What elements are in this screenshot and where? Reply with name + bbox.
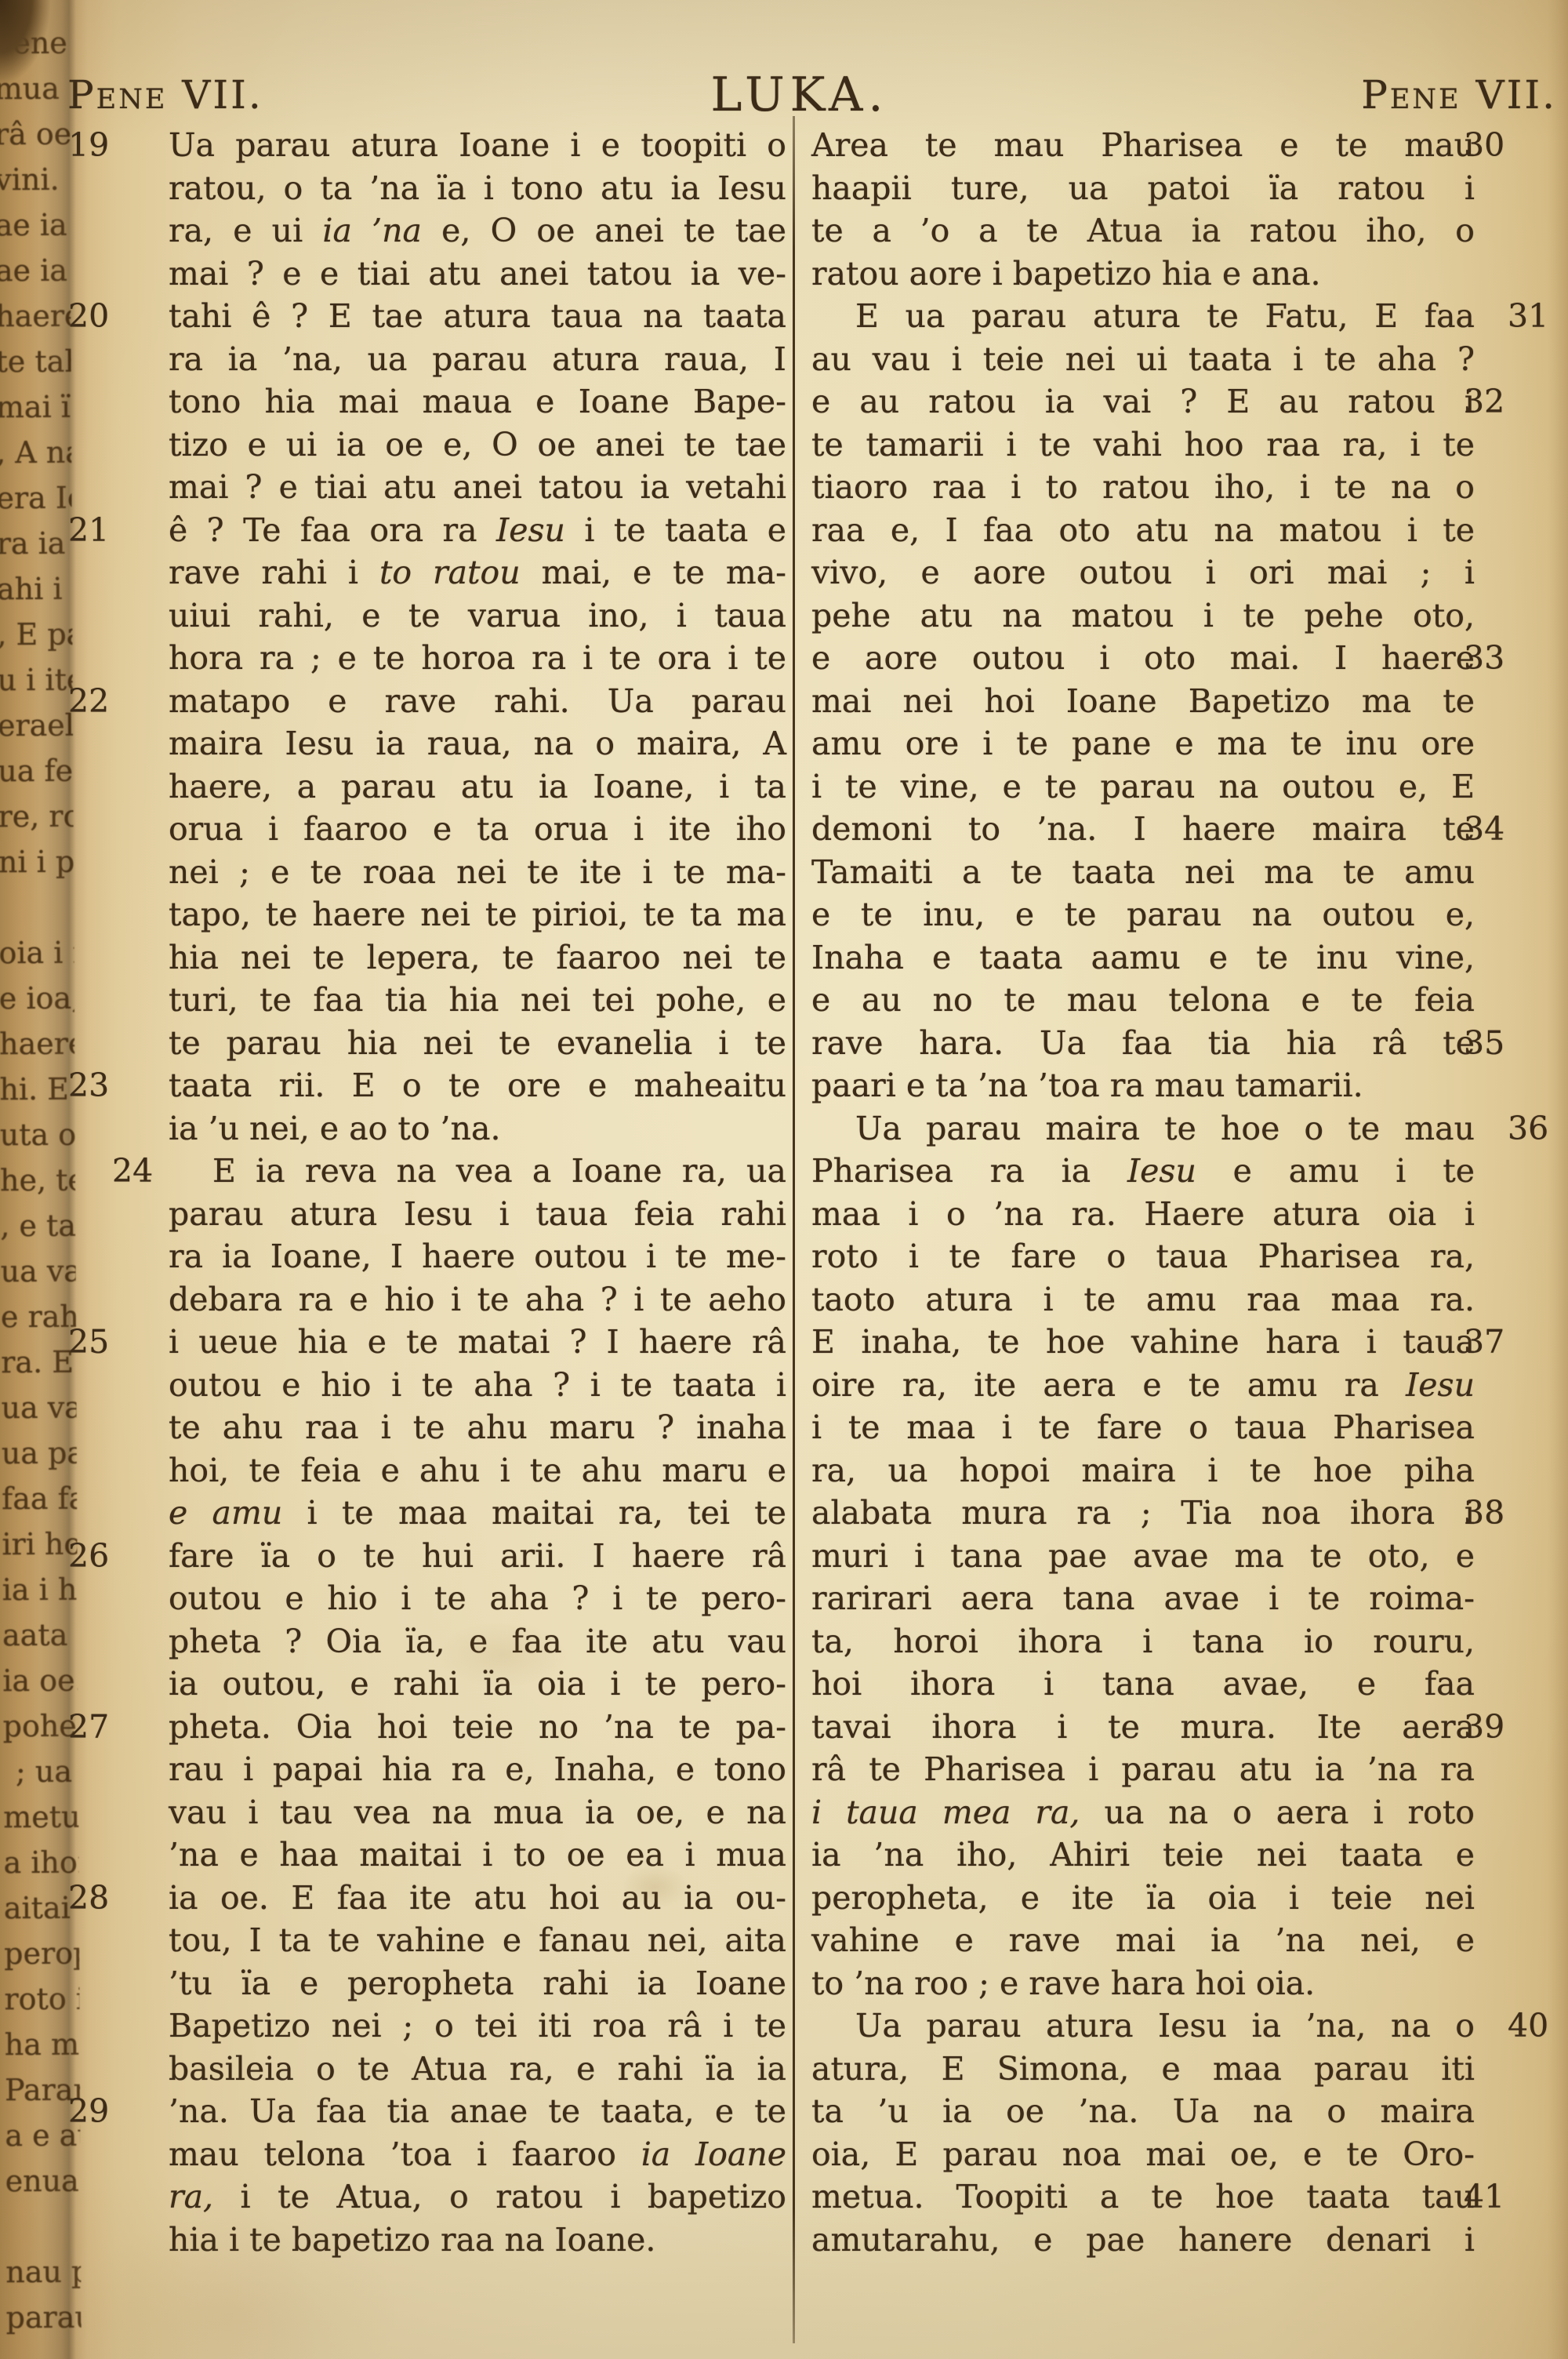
gutter-fragment: mai ïa ; [0,384,71,431]
text-run: rave hara. Ua faa tia hia râ te [811,1024,1475,1062]
text-run: parau atura Iesu i taua feia rahi [169,1195,786,1233]
verse-line: Area te mau Pharisea e te mau30 [811,124,1475,167]
verse-line: E ia reva na vea a Ioane ra, ua24 [169,1150,786,1193]
verse-line: e amu i te maa maitai ra, tei te [169,1492,786,1535]
verse-line: tizo e ui ia oe e, O oe anei te tae [169,423,786,467]
text-run: paari e ta ’na ’toa ra mau tamarii. [811,1067,1363,1104]
text-run: oia, E parau noa mai oe, e te Oro- [811,2135,1475,2173]
text-run: peropheta, e ite ïa oia i teie nei [811,1879,1475,1917]
text-run: Pharisea ra ia [811,1152,1127,1190]
text-run: rau i papai hia ra e, Inaha, e tono [169,1750,786,1788]
verse-line: turi, te faa tia hia nei tei pohe, e [169,979,786,1022]
verse-line: ’tu ïa e peropheta rahi ia Ioane [169,1962,786,2005]
text-run: ia ’u nei, e ao to ’na. [169,1110,500,1147]
verse-line: ê ? Te faa ora ra Iesu i te taata e21 [169,509,786,552]
verse-number: 29 [68,2090,154,2133]
text-run: e aore outou i oto mai. I haere [811,639,1475,677]
verse-line: E inaha, te hoe vahine hara i taua37 [811,1321,1475,1364]
text-run: to ’na roo ; e rave hara hoi oia. [811,1965,1315,2002]
text-run: ra, ua hopoi maira i te hoe piha [811,1452,1475,1489]
column-divider-rule [793,116,795,2343]
text-run: mai, e te ma- [521,554,786,591]
text-run: Ua parau atura Iesu ia ’na, na o [855,2007,1475,2045]
verse-number: 31 [1464,295,1550,338]
verse-line: i te vine, e te parau na outou e, E [811,765,1475,809]
verse-line: pehe atu na matou i te pehe oto, [811,594,1475,638]
verse-line: e te inu, e te parau na outou e, [811,893,1475,936]
verse-line: hoi ihora i tana avae, e faa [811,1663,1475,1706]
text-run: te parau hia nei te evanelia i te [169,1024,786,1062]
verse-line: vahine e rave mai ia ’na nei, e [811,1919,1475,1962]
verse-number: 19 [68,124,154,167]
verse-line: debara ra e hio i te aha ? i te aeho [169,1278,786,1321]
verse-line: peropheta, e ite ïa oia i teie nei [811,1877,1475,1920]
gutter-fragment: roto ia [4,1976,79,2023]
text-run: outou e hio i te aha ? i te pero- [169,1579,786,1617]
verse-line: Pharisea ra ia Iesu e amu i te [811,1150,1475,1193]
verse-number: 25 [68,1321,154,1364]
verse-line: ia outou, e rahi ïa oia i te pero- [169,1663,786,1706]
verse-number: 33 [1464,637,1550,680]
text-run: hia i te bapetizo raa na Ioane. [169,2221,655,2259]
verse-line: hoi, te feia e ahu i te ahu maru e [169,1449,786,1492]
text-run: e au no te mau telona e te feia [811,981,1475,1019]
text-run: E ua parau atura te Fatu, E faa [855,297,1475,335]
gutter-fragment: , E par [0,612,73,658]
verse-line: demoni to ’na. I haere maira te34 [811,808,1475,851]
text-run: Bapetizo nei ; o tei iti roa râ i te [169,2007,786,2045]
text-run: maa i o ’na ra. Haere atura oia i [811,1195,1475,1233]
italic-text-run: ia Ioane [641,2135,786,2173]
gutter-fragment: e ioa, e [0,976,74,1022]
verse-number: 32 [1464,380,1550,423]
gutter-fragment: eraela ’t [0,703,73,749]
verse-number: 20 [68,295,154,338]
text-run: alabata mura ra ; Tia noa ihora i [811,1494,1475,1532]
verse-line: haapii ture, ua patoi ïa ratou i [811,167,1475,210]
verse-line: vau i tau vea na mua ia oe, e na [169,1791,786,1834]
verse-number: 28 [68,1877,154,1920]
text-run: demoni to ’na. I haere maira te [811,810,1475,848]
verse-number: 22 [68,680,154,723]
verse-line: ta, horoi ihora i tana io rouru, [811,1620,1475,1663]
text-run: E ia reva na vea a Ioane ra, ua [212,1152,786,1190]
gutter-fragment: ua feia [0,748,73,794]
text-run: amutarahu, e pae hanere denari i [811,2221,1475,2259]
verse-line: ra, e ui ia ’na e, O oe anei te tae [169,209,786,253]
verse-line: Ua parau maira te hoe o te mau36 [811,1107,1475,1150]
text-run: pheta ? Oia ïa, e faa ite atu vau [169,1623,786,1660]
text-run: e amu i te [1196,1152,1475,1190]
verse-line: taata rii. E o te ore e maheaitu23 [169,1064,786,1107]
gutter-fragment: ae ia ve [0,202,71,249]
verse-number: 24 [68,1150,154,1193]
text-run: mai nei hoi Ioane Bapetizo ma te [811,682,1475,720]
gutter-fragment: ni i poh [0,839,74,885]
verse-line: e au ratou ia vai ? E au ratou i32 [811,380,1475,423]
verse-line: nei ; e te roaa nei te ite i te ma- [169,851,786,894]
gutter-fragment: ua vahi [1,1385,76,1431]
text-run: taata rii. E o te ore e maheaitu [169,1067,786,1104]
text-run: debara ra e hio i te aha ? i te aeho [169,1281,786,1318]
text-run: au vau i teie nei ui taata i te aha ? [811,340,1475,378]
verse-number: 39 [1464,1706,1550,1749]
page-right-edge-shade [1548,0,1568,2359]
verse-number: 37 [1464,1321,1550,1364]
gutter-fragment: hi. E [0,1067,75,1113]
gutter-fragment: parau [5,2295,81,2341]
verse-line: E ua parau atura te Fatu, E faa31 [811,295,1475,338]
text-run: taoto atura i te amu raa maa ra. [811,1281,1475,1318]
gutter-fragment: haere r [0,1021,74,1067]
verse-number: 35 [1464,1022,1550,1065]
text-run: vivo, e aore outou i ori mai ; i [811,554,1475,591]
verse-line: pheta. Oia hoi teie no ’na te pa-27 [169,1706,786,1749]
verse-number: 40 [1464,2005,1550,2048]
verse-line: mai ? e tiai atu anei tatou ia vetahi [169,466,786,509]
gutter-fragment: ae ia ’u [0,248,71,294]
verse-line: amutarahu, e pae hanere denari i [811,2219,1475,2262]
text-run: râ te Pharisea i parau atu ia ’na ra [811,1750,1475,1788]
text-run: uiui rahi, e te varua ino, i taua [169,597,786,634]
verse-line: Tamaiti a te taata nei ma te amu [811,851,1475,894]
verse-line: roto i te fare o taua Pharisea ra, [811,1235,1475,1278]
text-run: ua na o aera i roto [1080,1794,1475,1831]
verse-line: Ua parau atura Iesu ia ’na, na o40 [811,2005,1475,2048]
text-run: te ahu raa i te ahu maru ? inaha [169,1408,786,1446]
text-run: oire ra, ite aera e te amu ra [811,1366,1406,1404]
text-run: amu ore i te pane e ma te inu ore [811,725,1475,762]
text-run: pehe atu na matou i te pehe oto, [811,597,1475,634]
verse-line: au vau i teie nei ui taata i te aha ? [811,338,1475,381]
gutter-fragment: e rahi a [1,1294,76,1340]
text-run: raa e, I faa oto atu na matou i te [811,511,1475,549]
verse-line: ia oe. E faa ite atu hoi au ia ou-28 [169,1877,786,1920]
gutter-fragment: oia i n [0,930,74,976]
text-run: fare ïa o te hui arii. I haere râ [169,1537,786,1575]
text-run: tou, I ta te vahine e fanau nei, aita [169,1921,786,1959]
verse-line: metua. Toopiti a te hoe taata tau41 [811,2175,1475,2219]
verse-number: 41 [1464,2175,1550,2219]
verse-line: tiaoro raa i to ratou iho, i te na o [811,466,1475,509]
verse-line: ratou aore i bapetizo hia e ana. [811,253,1475,296]
text-run: muri i tana pae avae ma te oto, e [811,1537,1475,1575]
gutter-fragment: u i ite [0,657,73,703]
italic-text-run: e amu [169,1494,282,1532]
verse-line: e au no te mau telona e te feia [811,979,1475,1022]
verse-line: uiui rahi, e te varua ino, i taua [169,594,786,638]
text-run: i te Atua, o ratou i bapetizo [213,2178,786,2215]
verse-line: ra, ua hopoi maira i te hoe piha [811,1449,1475,1492]
verse-line: pheta ? Oia ïa, e faa ite atu vau [169,1620,786,1663]
text-run: i te vine, e te parau na outou e, E [811,768,1475,805]
verse-line: ia ’na iho, Ahiri teie nei taata e [811,1834,1475,1877]
right-text-column: Area te mau Pharisea e te mau30haapii tu… [811,124,1475,2261]
text-run: ’na e haa maitai i to oe ea i mua [169,1836,786,1874]
text-run: vahine e rave mai ia ’na nei, e [811,1921,1475,1959]
text-run: rarirari aera tana avae i te roima- [811,1579,1475,1617]
text-run: ’tu ïa e peropheta rahi ia Ioane [169,1965,786,2002]
page-header: Pene VII. LUKA. Pene VII. [0,0,1568,118]
gutter-fragment: era Iesu [0,475,72,522]
text-run: matapo e rave rahi. Ua parau [169,682,786,720]
text-run: roto i te fare o taua Pharisea ra, [811,1238,1475,1275]
verse-line: te parau hia nei te evanelia i te [169,1022,786,1065]
gutter-fragment: ua pa [2,1430,77,1477]
verse-line: muri i tana pae avae ma te oto, e [811,1535,1475,1578]
text-run: mai ? e e tiai atu anei tatou ia ve- [169,255,786,293]
verse-line: i te maa i te fare o taua Pharisea [811,1406,1475,1449]
left-text-column: Ua parau atura Ioane i e toopiti o19rato… [169,124,786,2261]
gutter-fragment: râ oe [0,111,70,158]
text-run: ia oe. E faa ite atu hoi au ia ou- [169,1879,786,1917]
verse-line: maira Iesu ia raua, na o maira, A [169,722,786,765]
italic-text-run: Iesu [1406,1366,1475,1404]
verse-line: maa i o ’na ra. Haere atura oia i [811,1193,1475,1236]
verse-line: te ahu raa i te ahu maru ? inaha [169,1406,786,1449]
verse-line: rave hara. Ua faa tia hia râ te35 [811,1022,1475,1065]
verse-line: atura, E Simona, e maa parau iti [811,2048,1475,2091]
book-page-scan: Penemua irâ oevini. (ae ia veae ia ’uhae… [0,0,1568,2359]
verse-number: 21 [68,509,154,552]
text-run: tono hia mai maua e Ioane Bape- [169,383,786,420]
gutter-fragment: ra. E i [1,1339,76,1386]
verse-line: tono hia mai maua e Ioane Bape- [169,380,786,423]
text-run: e te inu, e te parau na outou e, [811,896,1475,933]
verse-line: vivo, e aore outou i ori mai ; i [811,551,1475,594]
text-run: ratou, o ta ’na ïa i tono atu ia Iesu [169,169,786,207]
text-run: hoi ihora i tana avae, e faa [811,1665,1475,1703]
gutter-fragment: ia oe. [2,1658,78,1704]
verse-line: hia i te bapetizo raa na Ioane. [169,2219,786,2262]
gutter-fragment [5,2204,81,2250]
text-run: i ueue hia e te matai ? I haere râ [169,1323,786,1361]
verse-line: ’na. Ua faa tia anae te taata, e te29 [169,2090,786,2133]
verse-line: tavai ihora i te mura. Ite aera39 [811,1706,1475,1749]
verse-line: ratou, o ta ’na ïa i tono atu ia Iesu [169,167,786,210]
verse-line: rave rahi i to ratou mai, e te ma- [169,551,786,594]
verse-line: rau i papai hia ra e, Inaha, e tono [169,1748,786,1791]
verse-line: Ua parau atura Ioane i e toopiti o19 [169,124,786,167]
verse-line: mai ? e e tiai atu anei tatou ia ve- [169,253,786,296]
gutter-fragment: faa fa [2,1476,77,1522]
italic-text-run: i taua mea ra, [811,1794,1080,1831]
text-run: Ua parau maira te hoe o te mau [855,1110,1475,1147]
verse-line: ra, i te Atua, o ratou i bapetizo [169,2175,786,2219]
text-run: haapii ture, ua patoi ïa ratou i [811,169,1475,207]
verse-line: tahi ê ? E tae atura taua na taata20 [169,295,786,338]
verse-line: basileia o te Atua ra, e rahi ïa ia [169,2048,786,2091]
gutter-fragment: ha mai [5,2022,80,2068]
text-run: tiaoro raa i to ratou iho, i te na o [811,468,1475,506]
text-run: mai ? e tiai atu anei tatou ia vetahi [169,468,786,506]
verse-line: matapo e rave rahi. Ua parau22 [169,680,786,723]
verse-line: mai nei hoi Ioane Bapetizo ma te [811,680,1475,723]
verse-line: oia, E parau noa mai oe, e te Oro- [811,2133,1475,2176]
gutter-fragment: enua ’to [5,2158,81,2205]
gutter-fragment: , A na [0,430,71,476]
gutter-fragment: uta o ta [0,1112,75,1158]
chapter-label-right: Pene VII. [1361,72,1557,118]
verse-line: tou, I ta te vahine e fanau nei, aita [169,1919,786,1962]
text-run: turi, te faa tia hia nei tei pohe, e [169,981,786,1019]
italic-text-run: ra, [169,2178,213,2215]
verse-number: 30 [1464,124,1550,167]
text-run: ra ia ’na, ua parau atura raua, I [169,340,786,378]
text-run: vau i tau vea na mua ia oe, e na [169,1794,786,1831]
gutter-fragment: he, te [0,1158,75,1204]
verse-line: orua i faaroo e ta orua i ite iho [169,808,786,851]
text-run: ra ia Ioane, I haere outou i te me- [169,1238,786,1275]
gutter-fragment: re, roo [0,794,74,840]
gutter-fragment: , e tam [0,1203,75,1249]
gutter-fragment: ra ia ’n [0,521,72,567]
verse-line: raa e, I faa oto atu na matou i te [811,509,1475,552]
verse-line: amu ore i te pane e ma te inu ore [811,722,1475,765]
book-title: LUKA. [643,67,956,122]
text-run: outou e hio i te aha ? i te taata i [169,1366,786,1404]
text-run: i te taata e [565,511,786,549]
gutter-fragment: aata ap [2,1612,78,1659]
chapter-label-left: Pene VII. [67,72,263,118]
verse-line: râ te Pharisea i parau atu ia ’na ra [811,1748,1475,1791]
text-run: ia outou, e rahi ïa oia i te pero- [169,1665,786,1703]
text-run: i te maa maitai ra, tei te [282,1494,786,1532]
gutter-fragment: perophe [4,1931,79,1977]
italic-text-run: ia ’na [322,212,422,249]
text-run: ia ’na iho, Ahiri teie nei taata e [811,1836,1475,1874]
text-run: tahi ê ? E tae atura taua na taata [169,297,786,335]
verse-line: outou e hio i te aha ? i te taata i [169,1364,786,1407]
verse-number: 26 [68,1535,154,1578]
verse-line: Bapetizo nei ; o tei iti roa râ i te [169,2005,786,2048]
verse-number: 38 [1464,1492,1550,1535]
gutter-fragment: vini. ( [0,157,70,203]
text-run: E inaha, te hoe vahine hara i taua [811,1323,1475,1361]
gutter-fragment: nau pipi [5,2249,81,2295]
verse-line: alabata mura ra ; Tia noa ihora i38 [811,1492,1475,1535]
verse-line: ’na e haa maitai i to oe ea i mua [169,1834,786,1877]
verse-line: fare ïa o te hui arii. I haere râ26 [169,1535,786,1578]
text-run: Inaha e taata aamu e te inu vine, [811,939,1475,976]
text-run: Ua parau atura Ioane i e toopiti o [169,126,786,164]
verse-line: ia ’u nei, e ao to ’na. [169,1107,786,1150]
text-run: te tamarii i te vahi hoo raa ra, i te [811,426,1475,463]
gutter-fragment: iri ho [2,1521,77,1568]
verse-line: parau atura Iesu i taua feia rahi [169,1193,786,1236]
text-run: hora ra ; e te horoa ra i te ora i te [169,639,786,677]
verse-number: 27 [68,1706,154,1749]
gutter-fragment: ahi i pe [0,566,72,612]
text-run: tapo, te haere nei te pirioi, te ta ma [169,896,786,933]
text-run: Area te mau Pharisea e te mau [811,126,1475,164]
verse-number: 34 [1464,808,1550,851]
gutter-fragment: ; ua [3,1749,78,1795]
text-run: orua i faaroo e ta orua i ite iho [169,810,786,848]
verse-line: taoto atura i te amu raa maa ra. [811,1278,1475,1321]
text-run: e au ratou ia vai ? E au ratou i [811,383,1475,420]
verse-line: hia nei te lepera, te faaroo nei te [169,936,786,980]
text-run: ê ? Te faa ora ra [169,511,496,549]
verse-line: ra ia Ioane, I haere outou i te me- [169,1235,786,1278]
text-run: haere, a parau atu ia Ioane, i ta [169,768,786,805]
text-run: pheta. Oia hoi teie no ’na te pa- [169,1708,786,1746]
verse-line: oire ra, ite aera e te amu ra Iesu [811,1364,1475,1407]
gutter-fragment: te tahi [0,339,71,385]
verse-line: tapo, te haere nei te pirioi, te ta ma [169,893,786,936]
text-run: te a ’o a te Atua ia ratou iho, o [811,212,1475,249]
text-run: ratou aore i bapetizo hia e ana. [811,255,1321,293]
text-run: ta, horoi ihora i tana io rouru, [811,1623,1475,1660]
text-run: ta ’u ia oe ’na. Ua na o maira [811,2092,1475,2130]
verse-line: mau telona ’toa i faaroo ia Ioane [169,2133,786,2176]
gutter-fragment: haere, u [0,293,71,340]
text-run: maira Iesu ia raua, na o maira, A [169,725,786,762]
text-run: rave rahi i [169,554,379,591]
verse-line: outou e hio i te aha ? i te pero- [169,1577,786,1620]
text-run: tavai ihora i te mura. Ite aera [811,1708,1475,1746]
text-run: e, O oe anei te tae [422,212,786,249]
text-run: Tamaiti a te taata nei ma te amu [811,853,1475,891]
text-run: mau telona ’toa i faaroo [169,2135,641,2173]
gutter-fragment: pohe n [2,1703,78,1750]
verse-line: haere, a parau atu ia Ioane, i ta [169,765,786,809]
text-run: tizo e ui ia oe e, O oe anei te tae [169,426,786,463]
italic-text-run: to ratou [379,554,521,591]
verse-line: Inaha e taata aamu e te inu vine, [811,936,1475,980]
verse-number: 23 [68,1064,154,1107]
italic-text-run: Iesu [496,511,565,549]
text-run: nei ; e te roaa nei te ite i te ma- [169,853,786,891]
text-run: ’na. Ua faa tia anae te taata, e te [169,2092,786,2130]
text-run: basileia o te Atua ra, e rahi ïa ia [169,2050,786,2088]
verse-line: te a ’o a te Atua ia ratou iho, o [811,209,1475,253]
text-run: metua. Toopiti a te hoe taata tau [811,2178,1475,2215]
text-run: ra, e ui [169,212,322,249]
gutter-fragment [0,885,74,931]
text-run: hoi, te feia e ahu i te ahu maru e [169,1452,786,1489]
text-run: i te maa i te fare o taua Pharisea [811,1408,1475,1446]
verse-line: i ueue hia e te matai ? I haere râ25 [169,1321,786,1364]
verse-line: to ’na roo ; e rave hara hoi oia. [811,1962,1475,2005]
verse-line: i taua mea ra, ua na o aera i roto [811,1791,1475,1834]
text-run: hia nei te lepera, te faaroo nei te [169,939,786,976]
gutter-fragment: ia i hop [2,1567,78,1613]
verse-line: te tamarii i te vahi hoo raa ra, i te [811,423,1475,467]
verse-number: 36 [1464,1107,1550,1150]
verse-line: ta ’u ia oe ’na. Ua na o maira [811,2090,1475,2133]
verse-line: paari e ta ’na ’toa ra mau tamarii. [811,1064,1475,1107]
text-run: atura, E Simona, e maa parau iti [811,2050,1475,2088]
verse-line: e aore outou i oto mai. I haere33 [811,637,1475,680]
gutter-fragment: ua vahi [0,1249,75,1295]
verse-line: ra ia ’na, ua parau atura raua, I [169,338,786,381]
verse-line: hora ra ; e te horoa ra i te ora i te [169,637,786,680]
italic-text-run: Iesu [1127,1152,1196,1190]
gutter-fragment: metua [3,1794,78,1841]
verse-line: rarirari aera tana avae i te roima- [811,1577,1475,1620]
